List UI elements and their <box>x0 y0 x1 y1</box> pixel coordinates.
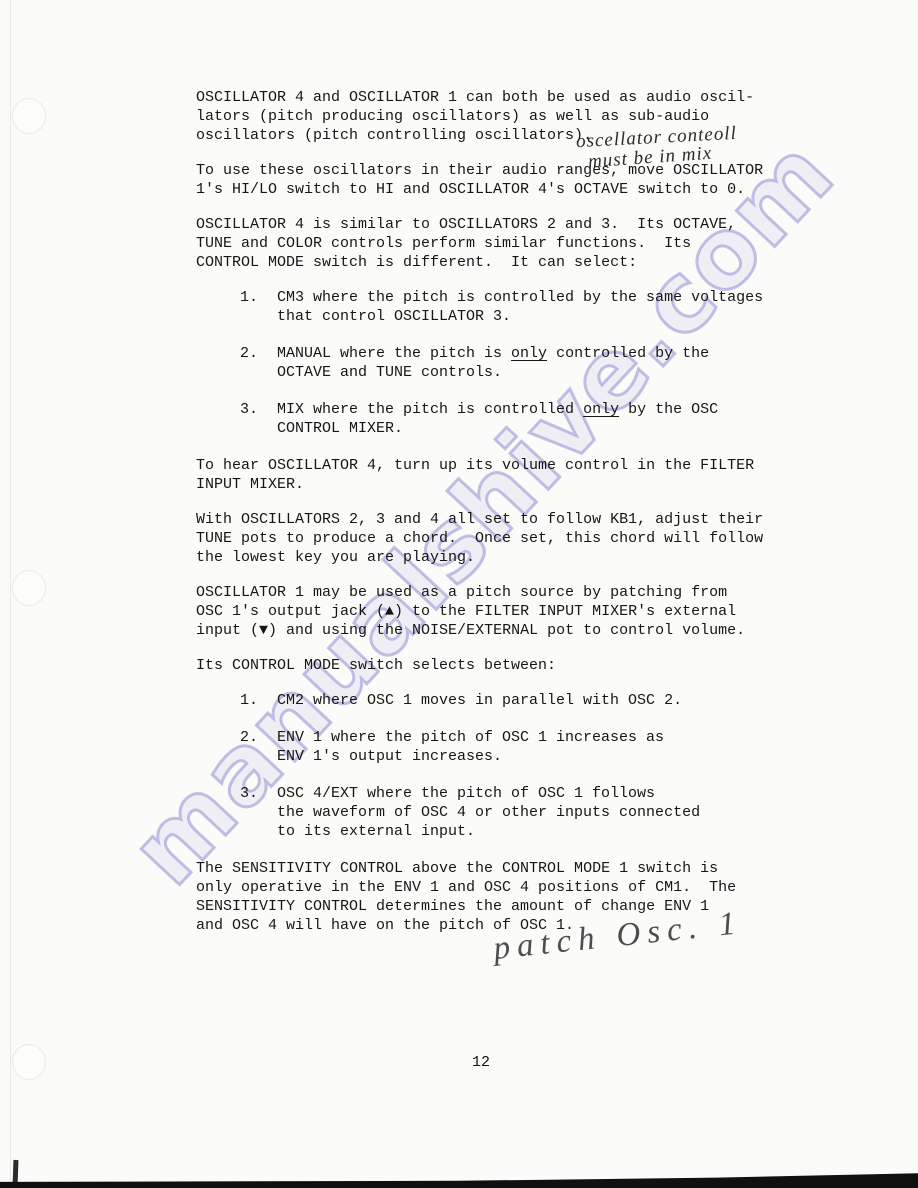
paragraph-chord: With OSCILLATORS 2, 3 and 4 all set to f… <box>196 510 816 567</box>
punch-hole-bottom <box>12 1044 46 1080</box>
external-input-down-triangle-icon: ▼ <box>259 622 268 639</box>
list-item-cm2: 1. CM2 where OSC 1 moves in parallel wit… <box>240 691 816 710</box>
text-line: 1's HI/LO switch to HI and OSCILLATOR 4'… <box>196 180 816 199</box>
text-line: CONTROL MODE switch is different. It can… <box>196 253 816 272</box>
list-item-osc4-ext: 3. OSC 4/EXT where the pitch of OSC 1 fo… <box>240 784 816 841</box>
punch-hole-top <box>12 98 46 134</box>
text-line: The SENSITIVITY CONTROL above the CONTRO… <box>196 859 816 878</box>
text-line: CM2 where OSC 1 moves in parallel with O… <box>277 691 682 710</box>
page-number: 12 <box>472 1054 490 1071</box>
text-line: With OSCILLATORS 2, 3 and 4 all set to f… <box>196 510 816 529</box>
text-line: To use these oscillators in their audio … <box>196 161 816 180</box>
paragraph-audio-ranges: To use these oscillators in their audio … <box>196 161 816 199</box>
list-number: 2. <box>240 728 277 766</box>
punch-hole-middle <box>12 570 46 606</box>
text-line: only operative in the ENV 1 and OSC 4 po… <box>196 878 816 897</box>
text-segment: input ( <box>196 622 259 639</box>
text-line: Its CONTROL MODE switch selects between: <box>196 656 816 675</box>
paragraph-oscillator4-similar: OSCILLATOR 4 is similar to OSCILLATORS 2… <box>196 215 816 272</box>
scan-edge-bar <box>0 1172 918 1188</box>
list-item-mix: 3. MIX where the pitch is controlled onl… <box>240 400 816 438</box>
paragraph-control-mode-selects: Its CONTROL MODE switch selects between: <box>196 656 816 675</box>
text-line: OSCILLATOR 4 and OSCILLATOR 1 can both b… <box>196 88 816 107</box>
text-line: ENV 1's output increases. <box>277 747 664 766</box>
document-body: OSCILLATOR 4 and OSCILLATOR 1 can both b… <box>196 88 816 951</box>
scanned-manual-page: manualshive.com OSCILLATOR 4 and OSCILLA… <box>0 0 918 1188</box>
text-line: To hear OSCILLATOR 4, turn up its volume… <box>196 456 816 475</box>
list-number: 3. <box>240 784 277 841</box>
text-line: CONTROL MIXER. <box>277 419 718 438</box>
underlined-word: only <box>583 401 619 418</box>
text-segment: MANUAL where the pitch is <box>277 345 511 362</box>
list-number: 2. <box>240 344 277 382</box>
text-line: OCTAVE and TUNE controls. <box>277 363 709 382</box>
text-line: OSCILLATOR 1 may be used as a pitch sour… <box>196 583 816 602</box>
list-number: 1. <box>240 288 277 326</box>
text-line: ENV 1 where the pitch of OSC 1 increases… <box>277 728 664 747</box>
list-item-text: OSC 4/EXT where the pitch of OSC 1 follo… <box>277 784 700 841</box>
text-line: OSCILLATOR 4 is similar to OSCILLATORS 2… <box>196 215 816 234</box>
text-line: MIX where the pitch is controlled only b… <box>277 400 718 419</box>
text-line: OSC 4/EXT where the pitch of OSC 1 follo… <box>277 784 700 803</box>
text-line: the lowest key you are playing. <box>196 548 816 567</box>
list-item-manual: 2. MANUAL where the pitch is only contro… <box>240 344 816 382</box>
text-segment: MIX where the pitch is controlled <box>277 401 583 418</box>
list-item-text: ENV 1 where the pitch of OSC 1 increases… <box>277 728 664 766</box>
text-line: input (▼) and using the NOISE/EXTERNAL p… <box>196 621 816 640</box>
list-number: 3. <box>240 400 277 438</box>
text-line: CM3 where the pitch is controlled by the… <box>277 288 763 307</box>
underlined-word: only <box>511 345 547 362</box>
text-line: TUNE and COLOR controls perform similar … <box>196 234 816 253</box>
text-line: MANUAL where the pitch is only controlle… <box>277 344 709 363</box>
text-segment: by the OSC <box>619 401 718 418</box>
text-segment: ) and using the NOISE/EXTERNAL pot to co… <box>268 622 745 639</box>
text-line: INPUT MIXER. <box>196 475 816 494</box>
paragraph-pitch-source: OSCILLATOR 1 may be used as a pitch sour… <box>196 583 816 640</box>
output-jack-up-triangle-icon: ▲ <box>385 603 394 620</box>
text-line: that control OSCILLATOR 3. <box>277 307 763 326</box>
text-segment: ) to the FILTER INPUT MIXER's external <box>394 603 736 620</box>
paragraph-hear-oscillator4: To hear OSCILLATOR 4, turn up its volume… <box>196 456 816 494</box>
list-item-env1: 2. ENV 1 where the pitch of OSC 1 increa… <box>240 728 816 766</box>
list-item-text: CM3 where the pitch is controlled by the… <box>277 288 763 326</box>
text-line: OSC 1's output jack (▲) to the FILTER IN… <box>196 602 816 621</box>
list-number: 1. <box>240 691 277 710</box>
text-segment: controlled by the <box>547 345 709 362</box>
page-crease-line <box>10 0 11 1188</box>
list-item-text: CM2 where OSC 1 moves in parallel with O… <box>277 691 682 710</box>
text-line: TUNE pots to produce a chord. Once set, … <box>196 529 816 548</box>
list-item-text: MANUAL where the pitch is only controlle… <box>277 344 709 382</box>
text-line: the waveform of OSC 4 or other inputs co… <box>277 803 700 822</box>
list-item-cm3: 1. CM3 where the pitch is controlled by … <box>240 288 816 326</box>
text-segment: OSC 1's output jack ( <box>196 603 385 620</box>
text-line: to its external input. <box>277 822 700 841</box>
list-item-text: MIX where the pitch is controlled only b… <box>277 400 718 438</box>
